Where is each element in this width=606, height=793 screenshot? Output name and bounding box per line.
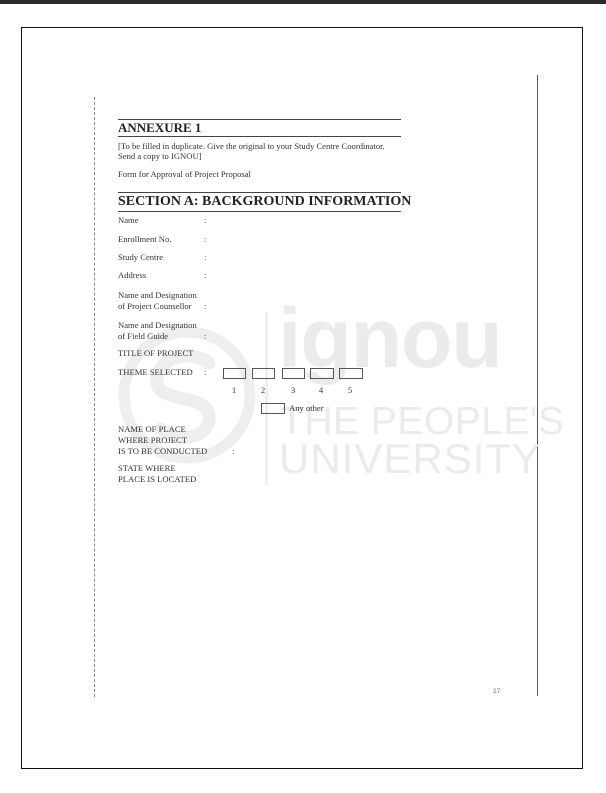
- section-title: SECTION A: BACKGROUND INFORMATION: [118, 195, 411, 209]
- theme-number-5: 5: [345, 385, 355, 396]
- right-margin-rule: [537, 75, 538, 696]
- field-label-address: Address: [118, 270, 146, 281]
- field-label-theme-selected: THEME SELECTED: [118, 367, 193, 378]
- field-label-place-2: WHERE PROJECT: [118, 435, 187, 446]
- theme-number-2: 2: [258, 385, 268, 396]
- theme-number-1: 1: [229, 385, 239, 396]
- theme-number-4: 4: [316, 385, 326, 396]
- watermark-tagline-2: UNIVERSITY: [279, 438, 541, 480]
- annexure-title: ANNEXURE 1: [118, 121, 201, 134]
- theme-checkbox-3[interactable]: [282, 368, 305, 379]
- theme-checkbox-1[interactable]: [223, 368, 246, 379]
- field-label-counsellor-2: of Project Counsellor: [118, 301, 192, 312]
- theme-number-3: 3: [288, 385, 298, 396]
- field-colon: :: [204, 215, 206, 226]
- theme-checkbox-5[interactable]: [339, 368, 363, 379]
- theme-checkbox-2[interactable]: [252, 368, 275, 379]
- field-colon: :: [204, 331, 206, 342]
- annexure-bottom-rule: [118, 136, 401, 137]
- field-label-name: Name: [118, 215, 139, 226]
- page-number: 27: [493, 688, 500, 695]
- field-colon: :: [204, 270, 206, 281]
- field-label-enrollment: Enrollment No.: [118, 234, 171, 245]
- instructions-line-2: Send a copy to IGNOU]: [118, 151, 202, 162]
- field-label-state-2: PLACE IS LOCATED: [118, 474, 196, 485]
- cut-line-dashed: [94, 97, 95, 697]
- field-label-title-of-project: TITLE OF PROJECT: [118, 348, 193, 359]
- theme-checkbox-4[interactable]: [310, 368, 334, 379]
- field-label-field-guide-2: of Field Guide: [118, 331, 168, 342]
- theme-any-other-label: Any other: [289, 403, 324, 414]
- section-bottom-rule: [118, 211, 401, 212]
- field-label-place-3: IS TO BE CONDUCTED: [118, 446, 207, 457]
- form-title: Form for Approval of Project Proposal: [118, 169, 251, 180]
- field-colon: :: [232, 446, 234, 457]
- field-colon: :: [204, 234, 206, 245]
- field-label-place-1: NAME OF PLACE: [118, 424, 186, 435]
- field-label-counsellor-1: Name and Designation: [118, 290, 197, 301]
- field-colon: :: [204, 301, 206, 312]
- watermark-divider: [265, 312, 268, 485]
- viewer-top-bar: [0, 0, 606, 4]
- field-label-study-centre: Study Centre: [118, 252, 163, 263]
- field-label-field-guide-1: Name and Designation: [118, 320, 197, 331]
- page-frame: [21, 27, 583, 769]
- section-top-rule: [118, 192, 401, 193]
- field-label-state-1: STATE WHERE: [118, 463, 176, 474]
- field-colon: :: [204, 367, 206, 378]
- field-colon: :: [204, 252, 206, 263]
- theme-checkbox-any-other[interactable]: [261, 403, 285, 414]
